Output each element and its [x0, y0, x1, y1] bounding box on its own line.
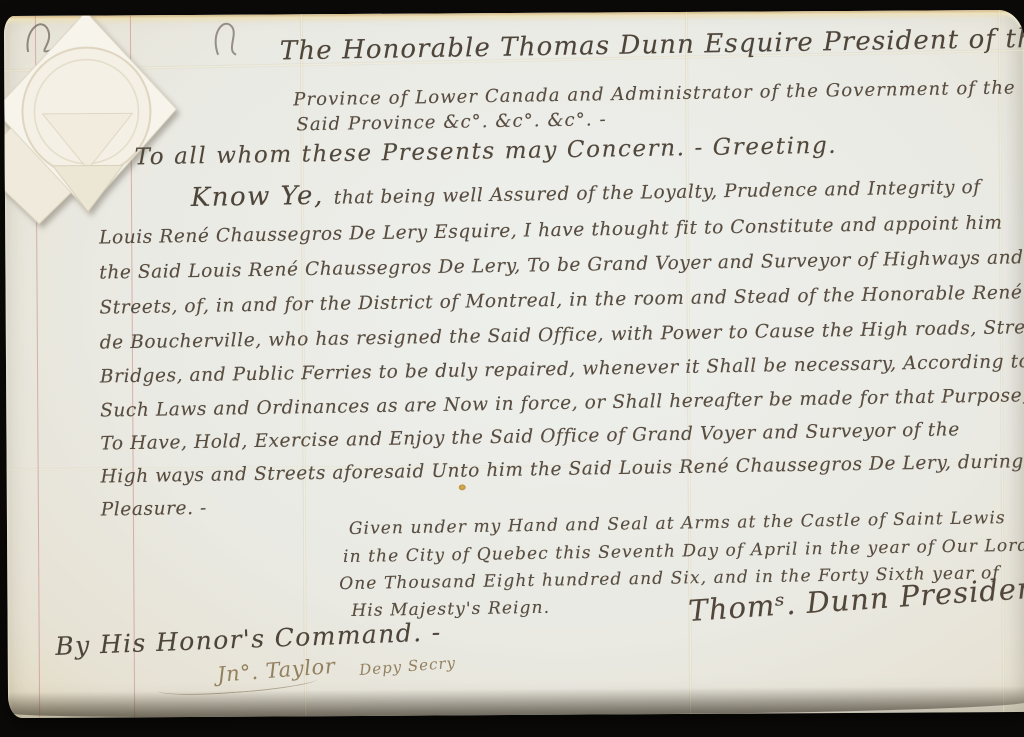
- body-line: Pleasure. -: [101, 498, 207, 521]
- body-line: To Have, Hold, Exercise and Enjoy the Sa…: [100, 419, 960, 454]
- salutation-line: To all whom these Presents may Concern. …: [134, 133, 837, 171]
- photograph-of-document: The Honorable Thomas Dunn Esquire Presid…: [0, 0, 1024, 737]
- attestation-line: Given under my Hand and Seal at Arms at …: [349, 508, 1006, 539]
- opening-words: Know Ye,: [191, 181, 324, 213]
- body-line: Such Laws and Ordinances as are Now in f…: [100, 385, 1024, 421]
- body-line-opening: Know Ye,that being well Assured of the L…: [191, 170, 981, 213]
- command-line: By His Honor's Command. -: [55, 617, 442, 660]
- parchment-sheet: The Honorable Thomas Dunn Esquire Presid…: [4, 10, 1024, 718]
- heading-line-1: The Honorable Thomas Dunn Esquire Presid…: [280, 24, 1024, 67]
- body-line: High ways and Streets aforesaid Unto him…: [100, 451, 1024, 487]
- attestation-line: His Majesty's Reign.: [351, 598, 550, 621]
- attestation-line: in the City of Quebec this Seventh Day o…: [343, 536, 1024, 567]
- body-line: de Boucherville, who has resigned the Sa…: [100, 316, 1024, 354]
- wafer-seal-icon: [4, 10, 191, 240]
- body-line: Bridges, and Public Ferries to be duly r…: [100, 351, 1024, 387]
- secretary-title: Depy Secry: [359, 654, 457, 679]
- heading-line-2: Province of Lower Canada and Administrat…: [293, 77, 1016, 110]
- body-line: that being well Assured of the Loyalty, …: [334, 177, 981, 209]
- body-line: Streets, of, in and for the District of …: [99, 281, 1024, 319]
- wax-dot: [459, 484, 466, 490]
- body-line: Louis René Chaussegros De Lery Esquire, …: [99, 213, 1003, 249]
- body-line: the Said Louis René Chaussegros De Lery,…: [99, 247, 1024, 283]
- heading-line-3: Said Province &c°. &c°. &c°. -: [296, 109, 607, 135]
